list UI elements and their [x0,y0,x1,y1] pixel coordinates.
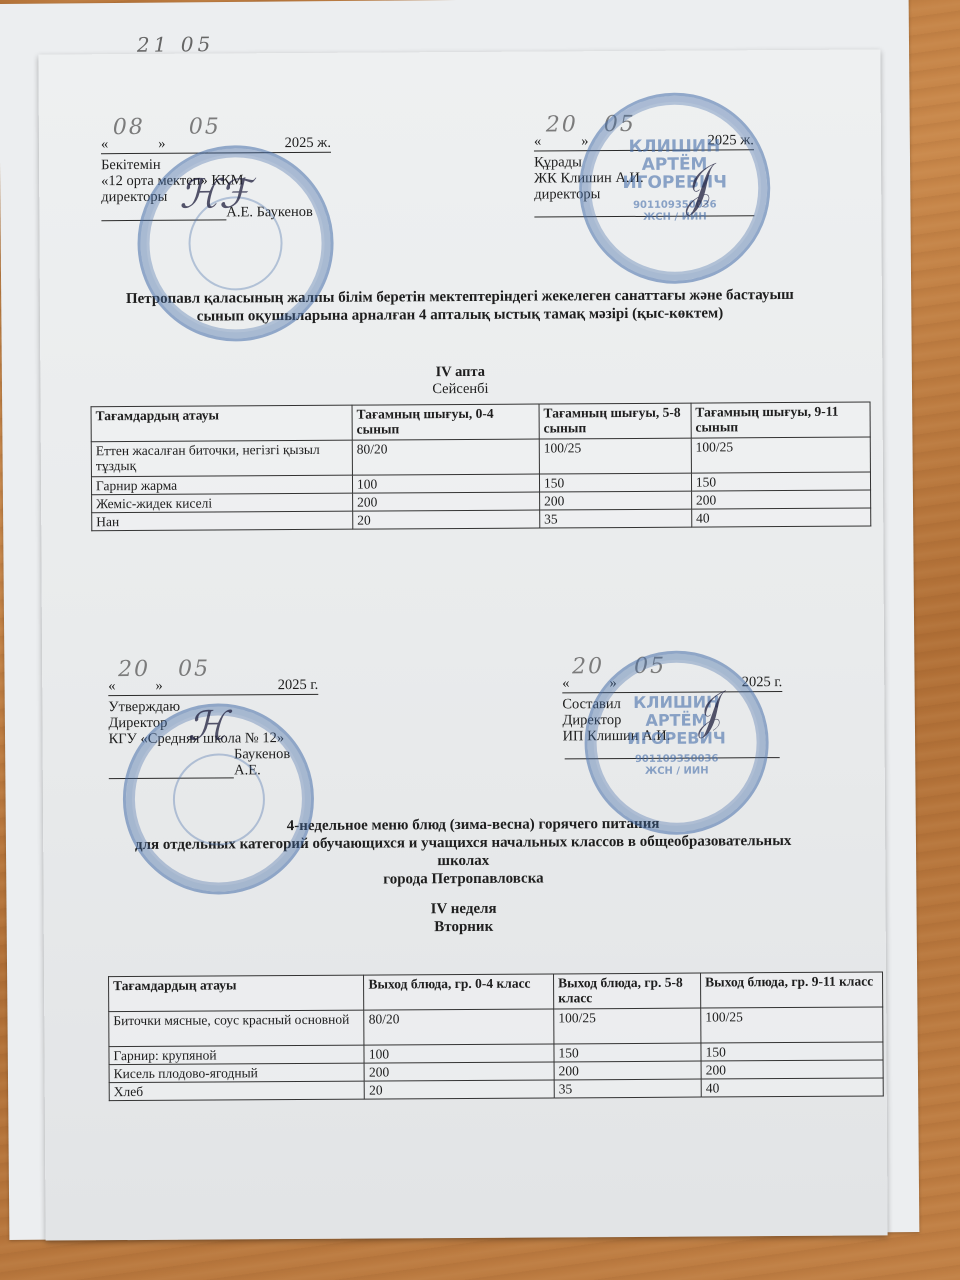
ru-portion-9-11: 200 [701,1060,883,1079]
ru-compiled-year: 2025 г. [742,674,783,690]
ru-table-header-row: Тағамдардың атауы Выход блюда, гр. 0-4 к… [109,972,883,1012]
stamp-id-label: ЖСН / ИИН [588,765,766,777]
ru-portion-0-4: 20 [365,1080,555,1099]
kz-table-header-row: Тағамдардың атауы Тағамның шығуы, 0-4 сы… [91,402,870,442]
ru-portion-9-11: 150 [701,1042,883,1061]
ru-dish-name: Хлеб [109,1081,365,1101]
ru-approval-date-line: «» 20 05 2025 г. [108,675,318,696]
kz-portion-9-11: 200 [691,490,870,509]
kz-compiled-line-1: Құрады [534,153,754,170]
kz-portion-5-8: 100/25 [539,438,691,474]
kz-dish-name: Гарнир жарма [91,475,352,495]
table-row: Еттен жасалған биточки, негізгі қызыл тұ… [91,437,870,477]
kz-portion-9-11: 100/25 [691,437,870,473]
kz-compiled-line-2: ЖК Клишин А.И. [534,169,754,186]
kz-dish-name: Еттен жасалған биточки, негізгі қызыл тұ… [91,440,352,477]
ru-approval-line-1: Утверждаю [108,698,318,715]
kz-approval-line-2: «12 орта мектеп» ККМ [101,172,331,189]
ru-compiled-line-1: Составил [562,695,782,712]
ru-compiled-block: «» 20 05 2025 г. Составил Директор ИП Кл… [562,672,783,759]
kz-approval-block: «» 08 05 2025 ж. Бекітемін «12 орта мект… [101,133,332,221]
kz-approval-date-line: «» 08 05 2025 ж. [101,133,331,154]
kz-approval-line-3: директоры [101,188,331,205]
kz-compiled-day: 20 [546,117,578,133]
ru-day: Вторник [64,916,864,939]
ru-dish-name: Кисель плодово-ягодный [109,1063,365,1083]
document-page: «» 08 05 2025 ж. Бекітемін «12 орта мект… [38,49,887,1240]
kz-approval-name: А.Е. Баукенов [226,204,313,221]
ru-week-day: IV неделя Вторник [64,898,864,939]
ru-dish-name: Биточки мясные, соус красный основной [109,1010,365,1047]
kz-approval-month: 05 [189,119,221,135]
ru-portion-9-11: 100/25 [701,1007,883,1043]
ru-portion-5-8: 200 [554,1061,701,1080]
kz-week-day: IV апта Сейсенбі [60,362,860,401]
kz-approval-signature-line [101,205,226,221]
kz-compiled-signature-line [534,201,754,217]
ru-menu-table: Тағамдардың атауы Выход блюда, гр. 0-4 к… [108,971,884,1101]
kz-dish-name: Жеміс-жидек киселі [92,493,353,513]
ru-portion-0-4: 100 [364,1044,554,1063]
ru-compiled-signature-line [565,743,780,759]
ru-approval-name: Баукенов А.Е. [234,746,319,779]
kz-approval-day: 08 [113,120,145,136]
ru-portion-0-4: 80/20 [364,1009,554,1045]
ru-approval-block: «» 20 05 2025 г. Утверждаю Директор КГУ … [108,675,319,779]
kz-portion-0-4: 20 [353,510,540,529]
ru-portion-5-8: 100/25 [554,1008,701,1044]
ru-portion-5-8: 35 [554,1079,701,1098]
kz-dish-name: Нан [92,511,353,531]
ru-approval-month: 05 [178,662,210,678]
table-row: Нан 20 35 40 [92,508,871,531]
ru-header-0-4: Выход блюда, гр. 0-4 класс [364,974,554,1010]
kz-day: Сейсенбі [60,379,860,401]
kz-compiled-date-line: «» 20 05 2025 ж. [534,130,754,151]
ru-title-line-4: города Петропавловска [63,868,863,891]
ru-approval-line-3: КГУ «Средняя школа № 12» [109,730,319,747]
ru-compiled-date-line: «» 20 05 2025 г. [562,672,782,693]
ru-approval-day: 20 [118,662,150,678]
ru-portion-0-4: 200 [364,1062,554,1081]
kz-title: Петропавл қаласының жалпы білім беретін … [60,286,860,327]
kz-header-0-4: Тағамның шығуы, 0-4 сынып [352,404,539,440]
kz-portion-0-4: 80/20 [352,439,539,475]
kz-portion-9-11: 40 [691,508,870,527]
table-row: Биточки мясные, соус красный основной 80… [109,1007,883,1047]
ru-header-5-8: Выход блюда, гр. 5-8 класс [554,973,701,1009]
kz-portion-5-8: 200 [539,491,691,510]
ru-compiled-month: 05 [634,659,666,675]
ru-header-dish: Тағамдардың атауы [109,975,365,1012]
kz-portion-0-4: 100 [352,474,539,493]
kz-header-dish: Тағамдардың атауы [91,405,352,442]
kz-menu-table: Тағамдардың атауы Тағамның шығуы, 0-4 сы… [91,402,872,532]
ru-portion-5-8: 150 [554,1043,701,1062]
kz-approval-line-1: Бекітемін [101,156,331,173]
ru-compiled-line-3: ИП Клишин А.И. [563,727,783,744]
kz-portion-5-8: 35 [540,509,692,528]
kz-portion-9-11: 150 [691,472,870,491]
ru-header-9-11: Выход блюда, гр. 9-11 класс [701,972,883,1008]
kz-compiled-month: 05 [604,117,636,133]
ru-approval-signature-line [109,763,234,779]
kz-portion-5-8: 150 [539,473,691,492]
table-row: Хлеб 20 35 40 [109,1078,883,1101]
kz-compiled-block: «» 20 05 2025 ж. Құрады ЖК Клишин А.И. д… [534,130,755,217]
kz-approval-year: 2025 ж. [285,135,331,151]
ru-approval-year: 2025 г. [278,677,319,693]
kz-portion-0-4: 200 [353,492,540,511]
ru-compiled-day: 20 [572,659,604,675]
ru-dish-name: Гарнир: крупяной [109,1045,365,1065]
kz-header-9-11: Тағамның шығуы, 9-11 сынып [691,402,870,438]
ru-approval-line-2: Директор [108,714,318,731]
kz-compiled-line-3: директоры [534,185,754,202]
ru-compiled-line-2: Директор [562,711,782,728]
ru-title: 4-недельное меню блюд (зима-весна) горяч… [63,814,863,891]
kz-compiled-year: 2025 ж. [708,132,754,148]
kz-header-5-8: Тағамның шығуы, 5-8 сынып [539,403,691,439]
ru-portion-9-11: 40 [701,1078,883,1097]
